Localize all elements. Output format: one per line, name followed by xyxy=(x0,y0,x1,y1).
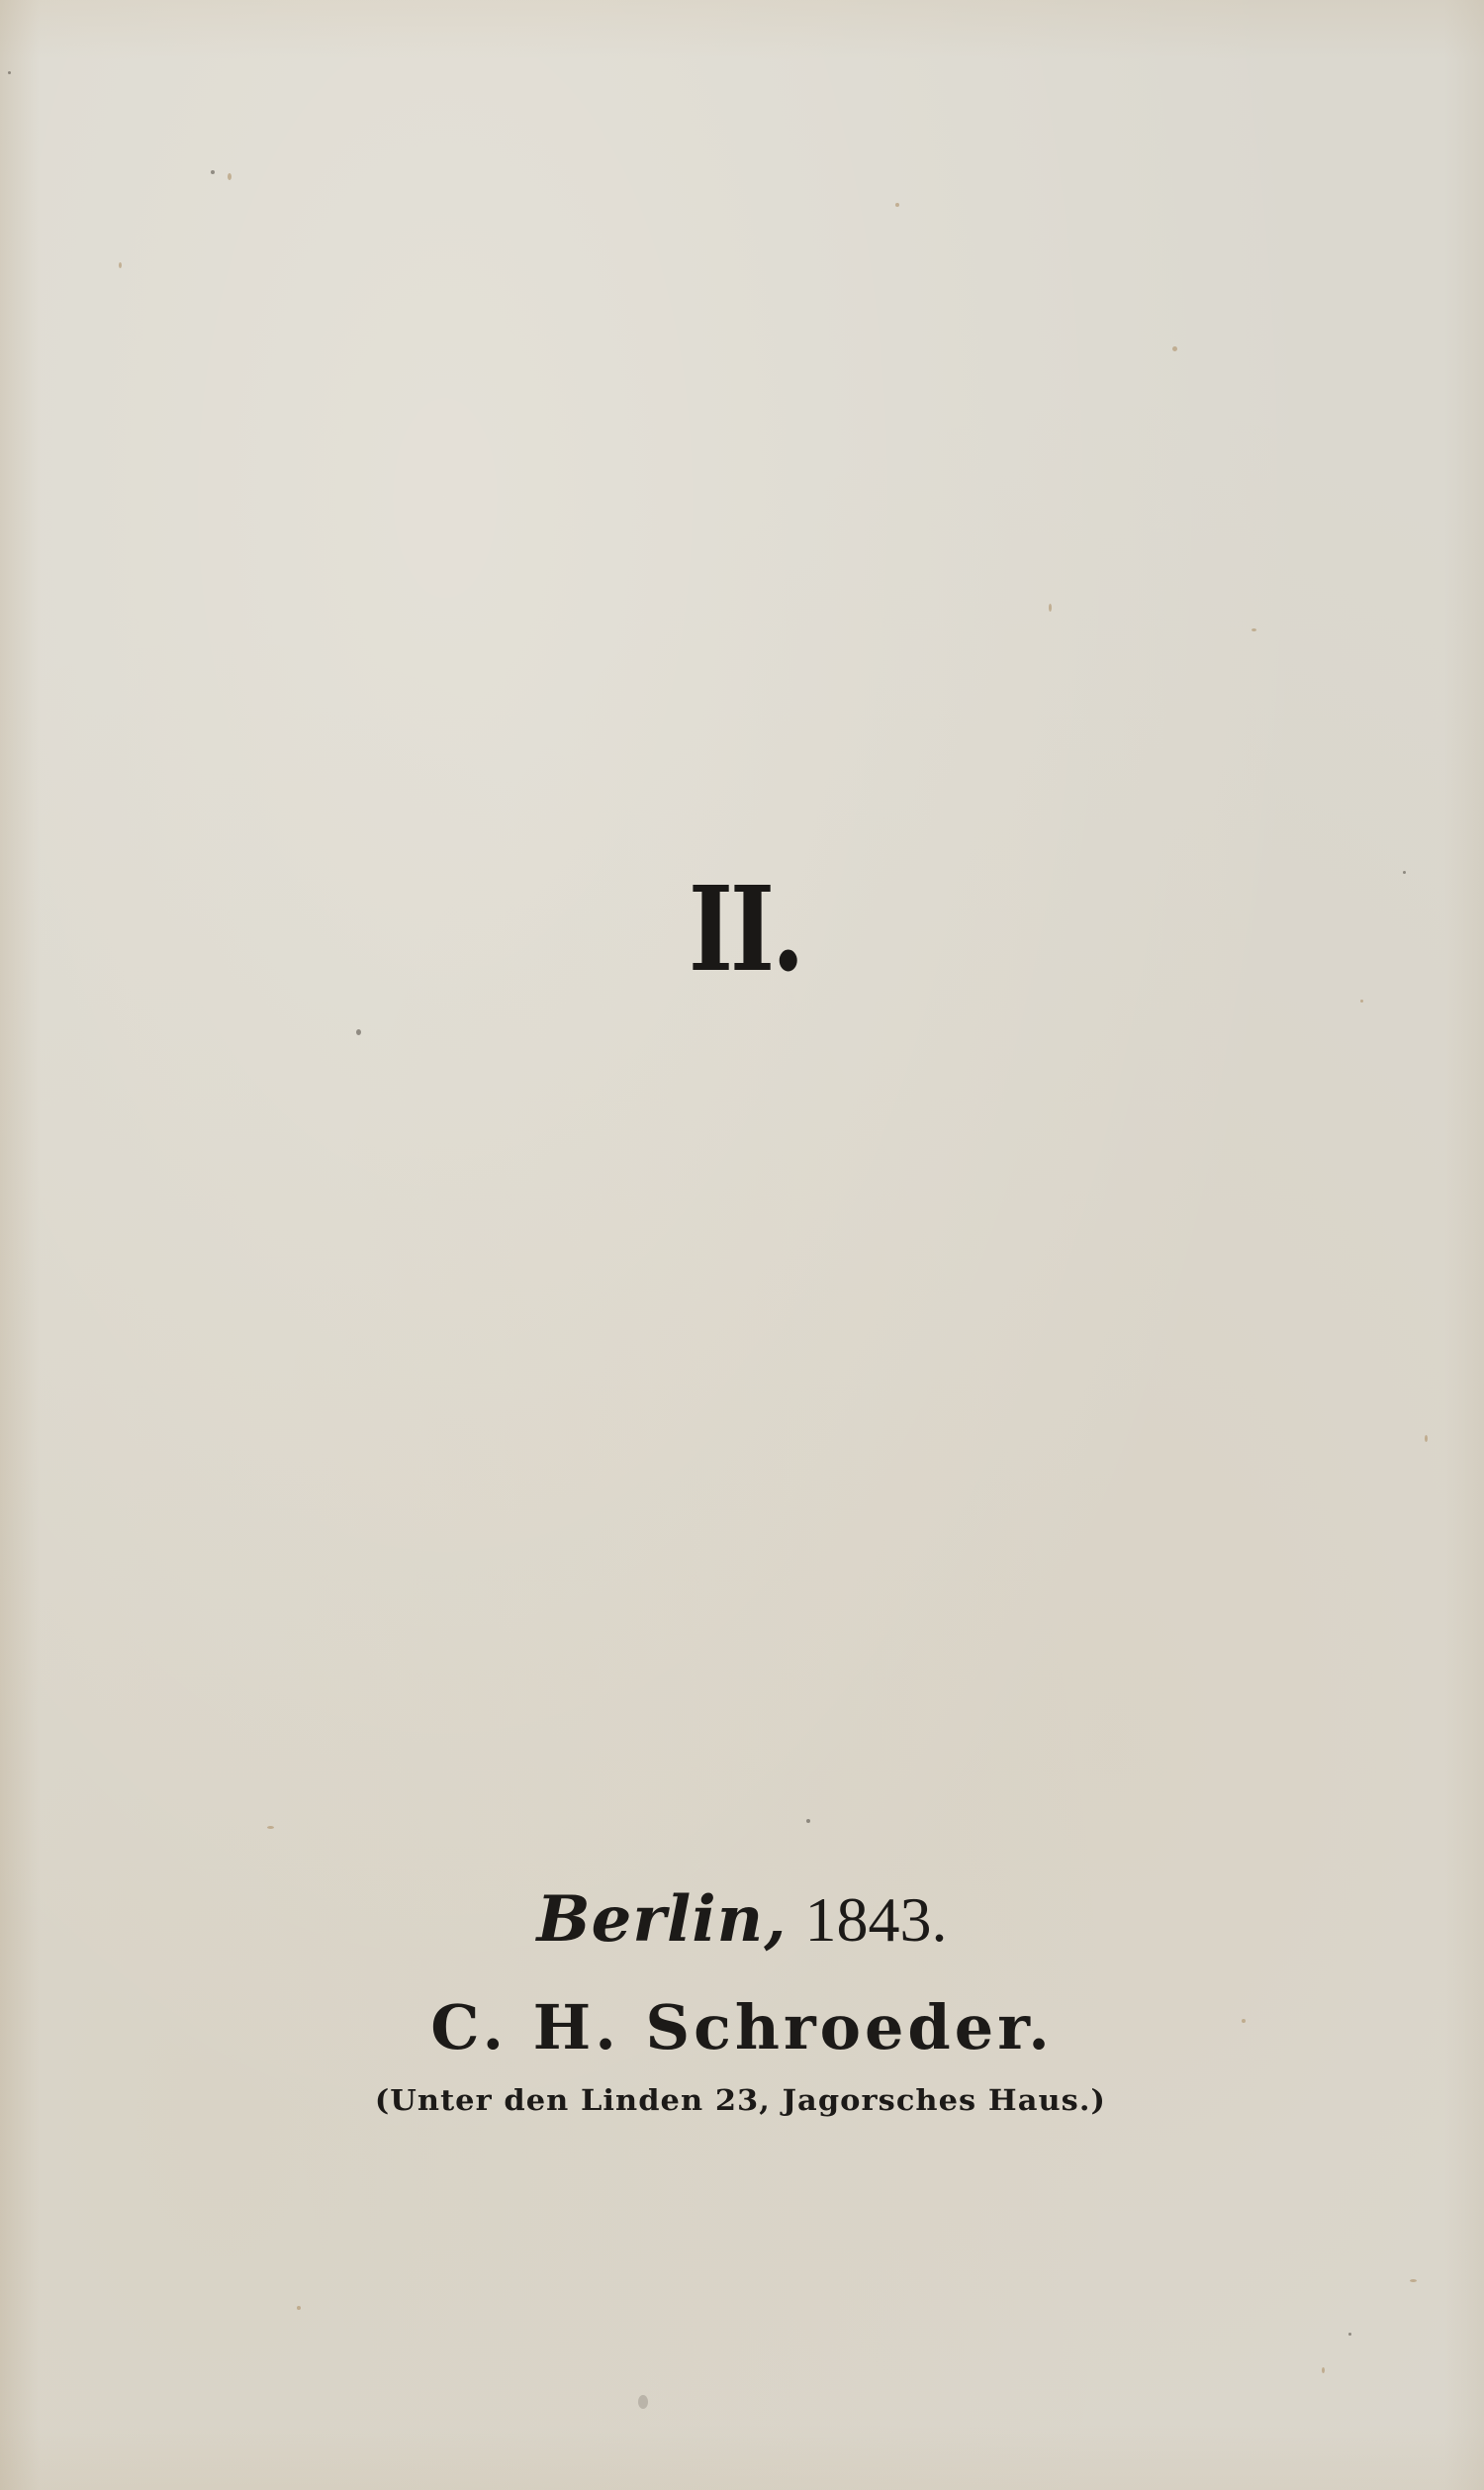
imprint-year: 1843. xyxy=(804,1884,947,1955)
paper-speck xyxy=(1410,2279,1417,2282)
volume-number: II. xyxy=(137,871,1353,988)
paper-speck xyxy=(895,203,899,207)
paper-speck xyxy=(228,173,232,180)
paper-speck xyxy=(638,2395,648,2409)
paper-speck xyxy=(119,262,122,268)
paper-speck xyxy=(806,1819,810,1823)
paper-speck xyxy=(1360,1000,1363,1003)
imprint-publisher: C. H. Schroeder. xyxy=(0,1997,1484,2059)
paper-speck xyxy=(1049,604,1052,612)
paper-speck xyxy=(267,1826,274,1829)
paper-speck xyxy=(1322,2367,1325,2373)
paper-speck xyxy=(1348,2333,1351,2336)
paper-speck xyxy=(1172,346,1177,351)
imprint-city: Berlin, xyxy=(537,1882,788,1957)
paper-speck xyxy=(1425,1435,1428,1442)
paper-speck xyxy=(356,1029,361,1035)
paper-speck xyxy=(297,2306,301,2310)
imprint-city-year: Berlin,1843. xyxy=(0,1888,1484,1952)
paper-speck xyxy=(211,170,215,174)
imprint-address: (Unter den Linden 23, Jagorsches Haus.) xyxy=(0,2086,1484,2115)
paper-speck xyxy=(1252,628,1256,631)
paper-speck xyxy=(1403,871,1406,874)
paper-speck xyxy=(8,71,11,74)
